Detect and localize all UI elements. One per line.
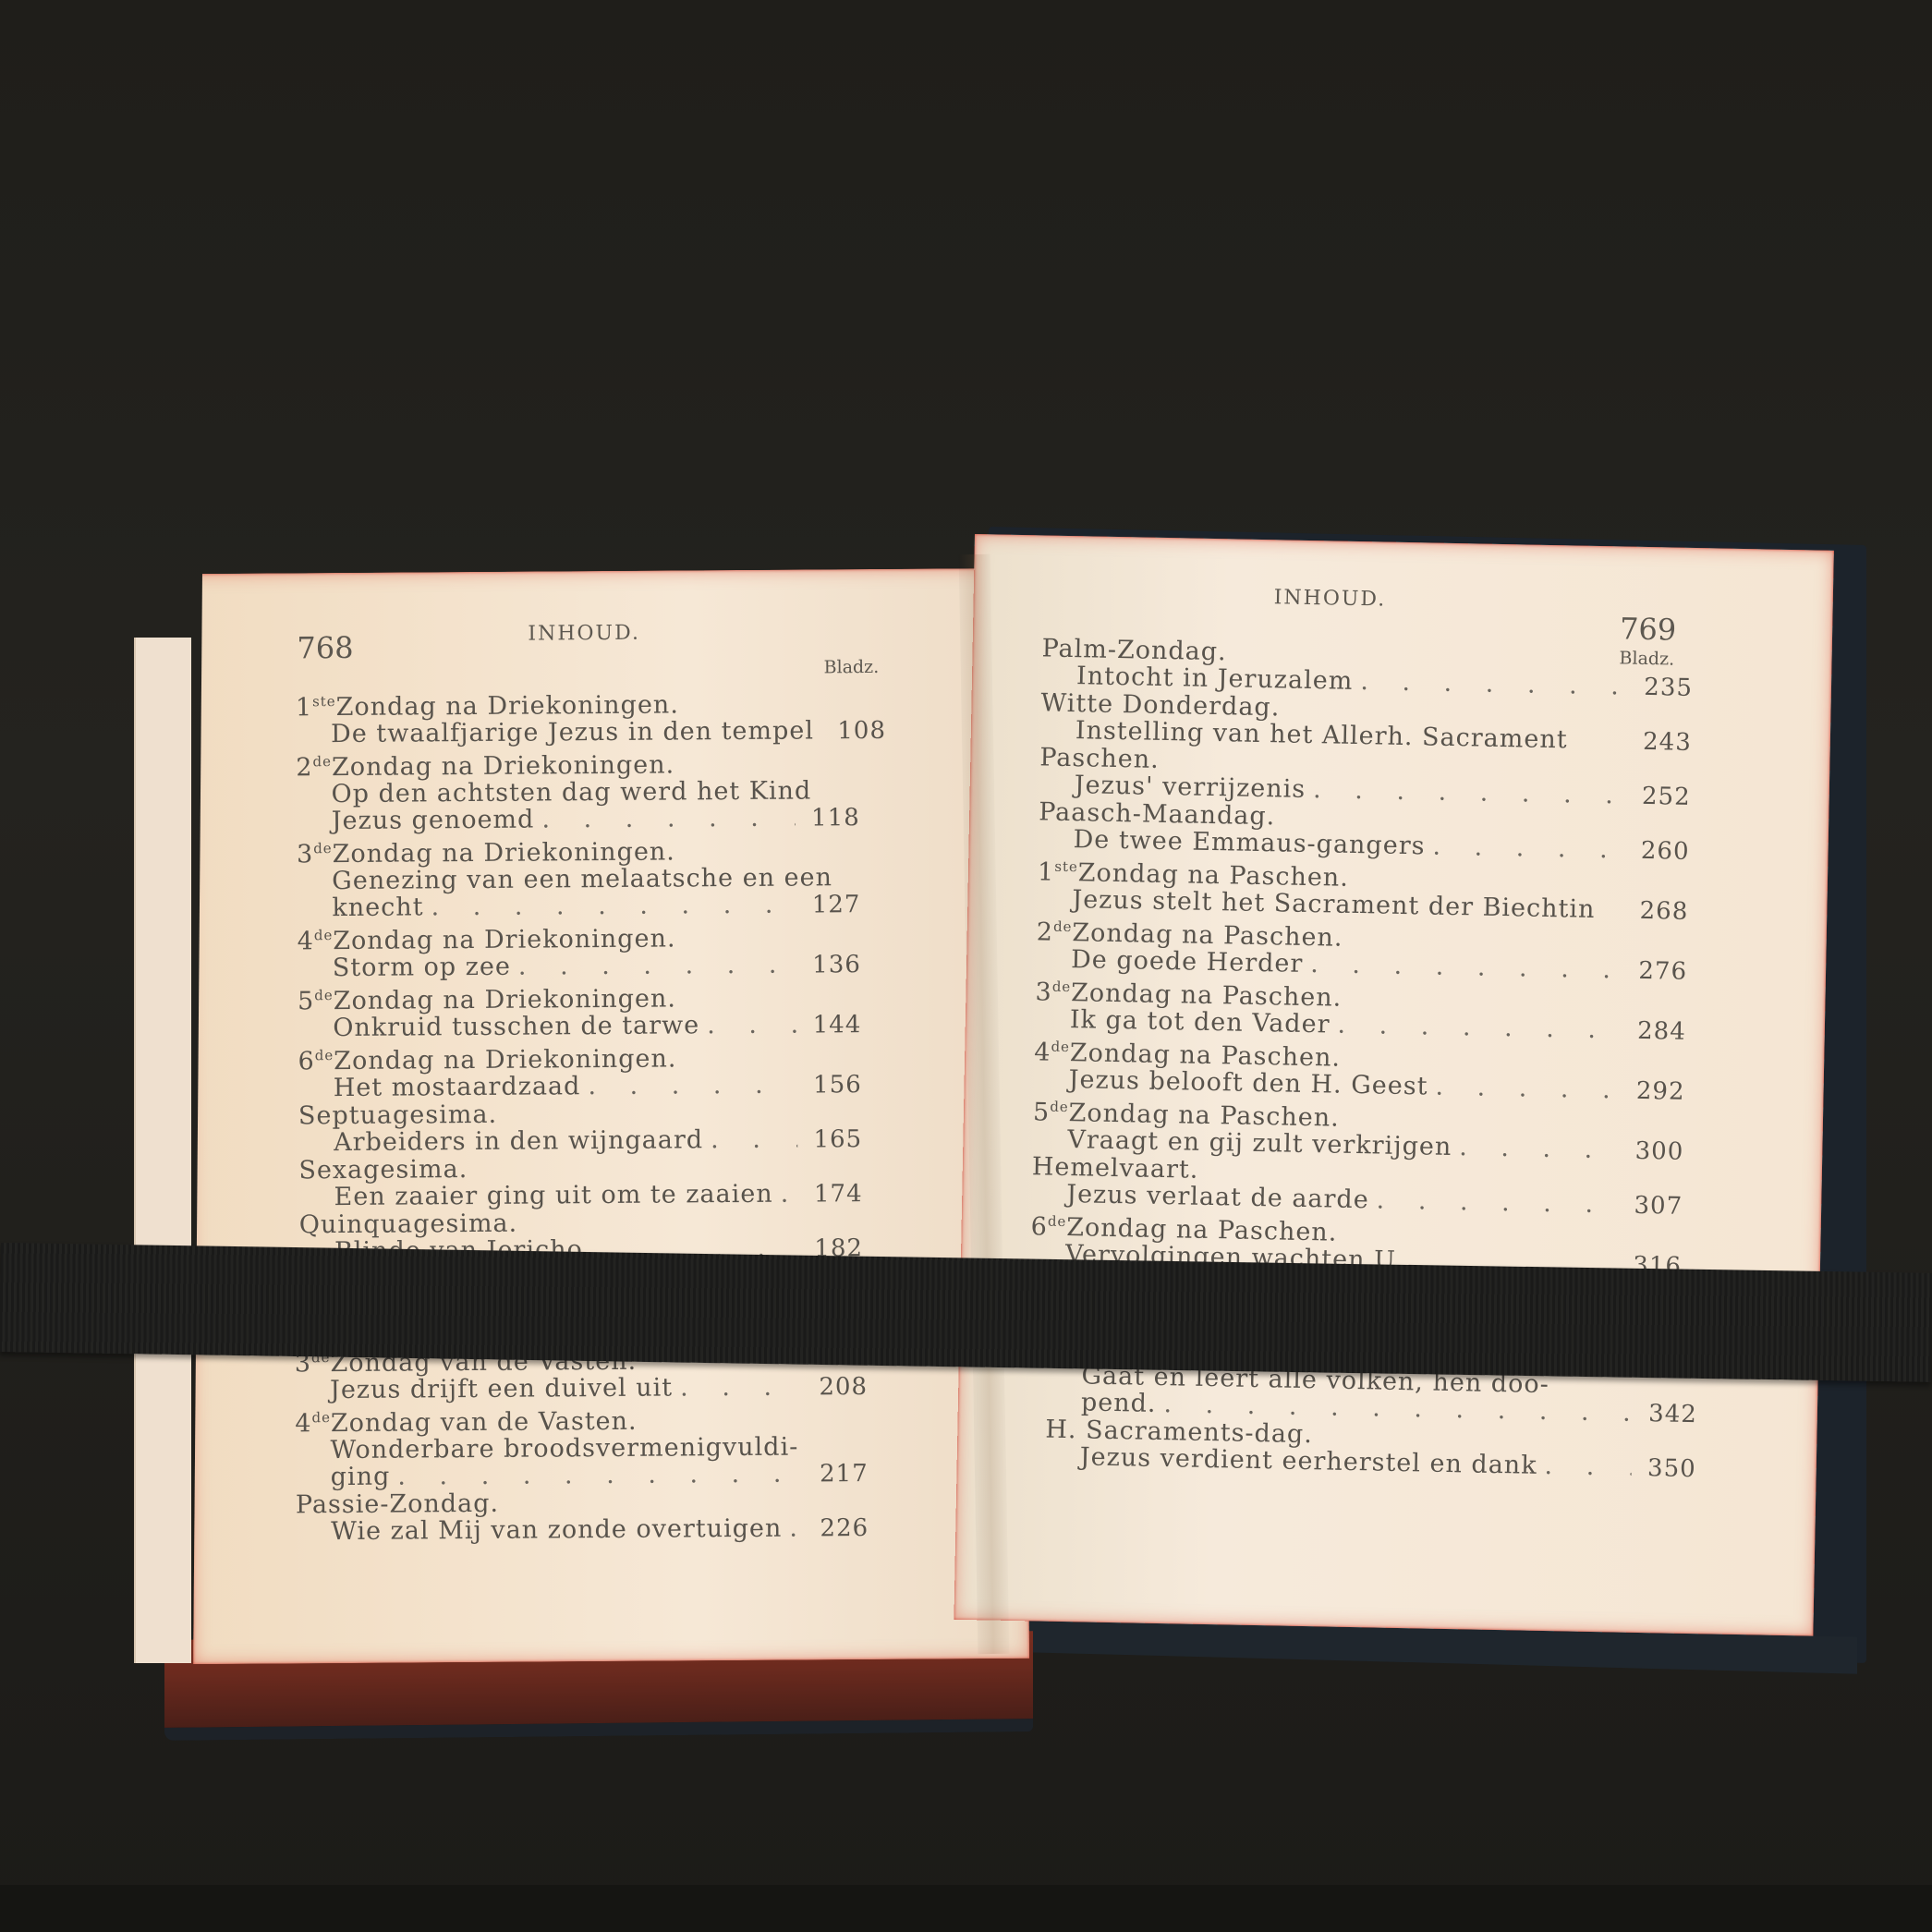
right-page: INHOUD. 769 Bladz. Palm-Zondag.Intocht i…: [954, 534, 1833, 1636]
heading-title: Passie-Zondag.: [296, 1490, 499, 1519]
page-ref: 235: [1628, 674, 1694, 702]
leader-dots: . . . . . . . . . . . . . . . . . . . . …: [1425, 832, 1625, 863]
leader-dots: . . . . . . . . . . . . . . . . . . . . …: [703, 1126, 797, 1154]
toc-entry: Wie zal Mij van zonde overtuigen. . . . …: [296, 1514, 869, 1546]
page-ref: 243: [1627, 729, 1693, 757]
photo-scene: 768 INHOUD. Bladz. 1ste Zondag na Drieko…: [0, 0, 1932, 1932]
toc-entry: Genezing van een melaatsche en een: [297, 864, 860, 894]
leader-dots: . . . . . . . . . . . . . . . . . . . . …: [1452, 1134, 1620, 1163]
leader-dots: . . . . . . . . . . . . . . . . . . . . …: [1330, 1011, 1622, 1043]
ordinal: 5de: [298, 982, 334, 1015]
heading-title: Zondag na Driekoningen.: [334, 985, 676, 1015]
leader-dots: . . . . . . . . . . . . . . . . . . . . …: [580, 1072, 797, 1100]
left-page: 768 INHOUD. Bladz. 1ste Zondag na Drieko…: [186, 568, 1029, 1664]
ordinal: 4de: [298, 922, 334, 954]
page-number: 768: [297, 630, 353, 665]
page-ref: 144: [796, 1012, 861, 1039]
leader-dots: . . . . . . . . . . . . . . . . . . . . …: [511, 952, 796, 980]
toc-section-heading: 4de Zondag na Driekoningen.: [298, 918, 861, 954]
toc-entry: Wonderbare broodsvermenigvuldi-: [295, 1433, 868, 1464]
ordinal: 2de: [296, 748, 332, 781]
page-ref: 136: [796, 952, 861, 978]
page-ref: 108: [821, 718, 886, 745]
leader-dots: . . . . . . . . . . . . . . . . . . . . …: [534, 805, 796, 833]
entry-title: Storm op zee: [333, 954, 511, 981]
toc-entry: Jezus genoemd. . . . . . . . . . . . . .…: [297, 804, 860, 835]
entry-title: Een zaaier ging uit om te zaaien: [334, 1181, 773, 1210]
page-number: 769: [1620, 611, 1677, 647]
heading-title: Zondag na Driekoningen.: [333, 925, 675, 954]
entry-title: knecht: [332, 893, 423, 921]
page-ref: 208: [803, 1374, 868, 1401]
page-ref: 342: [1633, 1401, 1698, 1428]
entry-title: Ik ga tot den Vader: [1070, 1006, 1331, 1038]
toc-upper: Palm-Zondag.Intocht in Jeruzalem. . . . …: [1030, 635, 1694, 1280]
entry-title: ging: [331, 1464, 391, 1490]
toc-section-heading: 4de Zondag van de Vasten.: [295, 1401, 868, 1437]
ordinal: 4de: [1034, 1033, 1070, 1066]
page-ref: 350: [1631, 1455, 1696, 1483]
entry-title: Genezing van een melaatsche en een: [332, 864, 832, 894]
entry-title: De twee Emmaus-gangers: [1073, 826, 1425, 859]
column-label: Bladz.: [824, 657, 880, 677]
toc-section-heading: 2de Zondag na Driekoningen.: [296, 745, 859, 781]
toc-section-heading: Quinquagesima.: [299, 1208, 863, 1238]
page-ref: 118: [796, 805, 860, 832]
leader-dots: [1549, 1392, 1634, 1394]
leader-dots: [1567, 747, 1626, 748]
leader-dots: . . . . . . . . . . . . . . . . . . . . …: [773, 1181, 798, 1208]
ordinal: 6de: [298, 1042, 334, 1075]
entry-title: Jezus genoemd: [332, 807, 535, 835]
loose-page-edge: [134, 638, 191, 1663]
page-ref: 307: [1618, 1193, 1683, 1221]
heading-title: Zondag na Driekoningen.: [332, 751, 674, 781]
heading-title: Hemelvaart.: [1032, 1153, 1199, 1183]
heading-title: Sexagesima.: [298, 1156, 468, 1184]
entry-title: Wonderbare broodsvermenigvuldi-: [330, 1434, 798, 1464]
toc-section-heading: 3de Zondag na Driekoningen.: [297, 832, 860, 868]
toc-section-heading: 5de Zondag na Driekoningen.: [298, 978, 861, 1015]
toc-section-heading: 6de Zondag na Driekoningen.: [298, 1039, 861, 1075]
toc-entry: Storm op zee. . . . . . . . . . . . . . …: [298, 951, 861, 982]
heading-title: Paschen.: [1039, 744, 1160, 772]
entry-title: Jezus verlaat de aarde: [1066, 1181, 1369, 1213]
ordinal: 3de: [297, 835, 333, 868]
page-ref: 165: [797, 1126, 862, 1153]
leader-dots: . . . . . . . . . . . . . . . . . . . . …: [1537, 1452, 1632, 1481]
page-ref: 127: [796, 892, 860, 918]
page-ref: 284: [1622, 1018, 1687, 1046]
heading-title: Zondag van de Vasten.: [331, 1408, 638, 1437]
leader-dots: . . . . . . . . . . . . . . . . . . . . …: [1428, 1074, 1621, 1104]
leader-dots: . . . . . . . . . . . . . . . . . . . . …: [673, 1374, 803, 1402]
page-ref: [1633, 1394, 1697, 1395]
entry-title: De goede Herder: [1071, 946, 1304, 978]
entry-title: Jezus belooft den H. Geest: [1068, 1066, 1428, 1100]
page-ref: 217: [804, 1461, 869, 1488]
toc-section-heading: Passie-Zondag.: [296, 1488, 869, 1518]
heading-title: Septuagesima.: [298, 1101, 497, 1130]
entry-title: Arbeiders in den wijngaard: [334, 1126, 703, 1156]
toc-section-heading: 1ste Zondag na Driekoningen.: [296, 685, 859, 721]
toc-entry: knecht. . . . . . . . . . . . . . . . . …: [297, 891, 860, 922]
heading-title: Zondag na Driekoningen.: [333, 838, 675, 868]
toc-entry: Het mostaardzaad. . . . . . . . . . . . …: [298, 1071, 862, 1102]
heading-title: Palm-Zondag.: [1041, 635, 1227, 665]
page-ref: 268: [1623, 898, 1689, 926]
page-ref: 226: [804, 1515, 869, 1542]
ordinal: 6de: [1030, 1208, 1066, 1241]
leader-dots: [1595, 917, 1623, 918]
ordinal: 2de: [1036, 913, 1072, 946]
toc-entry: Jezus drijft een duivel uit. . . . . . .…: [295, 1373, 868, 1404]
toc-upper: 1ste Zondag na Driekoningen.De twaalfjar…: [296, 685, 864, 1298]
table-surface-edge: [0, 1885, 1932, 1932]
toc-entry: Een zaaier ging uit om te zaaien. . . . …: [299, 1180, 863, 1211]
ordinal: 1ste: [296, 688, 336, 721]
page-ref: 156: [797, 1072, 862, 1099]
toc-lower: 3de Zondag van de Vasten.Jezus drijft ee…: [295, 1341, 869, 1546]
ordinal: 3de: [1035, 973, 1071, 1006]
leader-dots: . . . . . . . . . . . . . . . . . . . . …: [782, 1515, 804, 1542]
toc-entry: Arbeiders in den wijngaard. . . . . . . …: [298, 1125, 862, 1157]
running-head: INHOUD.: [528, 622, 640, 646]
page-ref: 292: [1620, 1078, 1685, 1106]
leader-dots: . . . . . . . . . . . . . . . . . . . . …: [390, 1461, 804, 1490]
entry-title: pend.: [1081, 1389, 1157, 1417]
toc-entry: ging. . . . . . . . . . . . . . . . . . …: [296, 1460, 869, 1491]
entry-title: Op den achtsten dag werd het Kind: [331, 777, 811, 808]
ordinal: 1ste: [1038, 853, 1078, 886]
toc-entry: Onkruid tusschen de tarwe. . . . . . . .…: [298, 1011, 861, 1042]
heading-title: Quinquagesima.: [299, 1210, 518, 1239]
leader-dots: . . . . . . . . . . . . . . . . . . . . …: [699, 1012, 796, 1039]
heading-title: Zondag na Driekoningen.: [336, 691, 679, 721]
toc-entry: De twaalfjarige Jezus in den tempel108: [296, 717, 859, 748]
toc-section-heading: Sexagesima.: [298, 1153, 862, 1184]
page-ref: 260: [1624, 838, 1690, 866]
entry-title: Het mostaardzaad: [334, 1073, 581, 1101]
leader-dots: . . . . . . . . . . . . . . . . . . . . …: [1353, 668, 1628, 700]
leader-dots: . . . . . . . . . . . . . . . . . . . . …: [423, 892, 796, 921]
toc-section-heading: Septuagesima.: [298, 1099, 862, 1129]
entry-title: Onkruid tusschen de tarwe: [333, 1012, 699, 1041]
entry-title: De twaalfjarige Jezus in den tempel: [331, 717, 814, 747]
entry-title: Wie zal Mij van zonde overtuigen: [331, 1515, 782, 1545]
page-ref: 276: [1622, 958, 1688, 986]
ordinal: 5de: [1033, 1093, 1069, 1126]
toc-entry: Op den achtsten dag werd het Kind: [296, 777, 859, 808]
heading-title: Zondag na Driekoningen.: [334, 1045, 676, 1075]
page-ref: 252: [1625, 784, 1691, 811]
leader-dots: . . . . . . . . . . . . . . . . . . . . …: [1368, 1186, 1618, 1218]
page-ref: 300: [1619, 1138, 1684, 1166]
running-head: INHOUD.: [1274, 586, 1387, 611]
page-ref: 174: [797, 1181, 862, 1208]
entry-title: Jezus drijft een duivel uit: [330, 1375, 673, 1404]
ordinal: 4de: [295, 1404, 331, 1437]
